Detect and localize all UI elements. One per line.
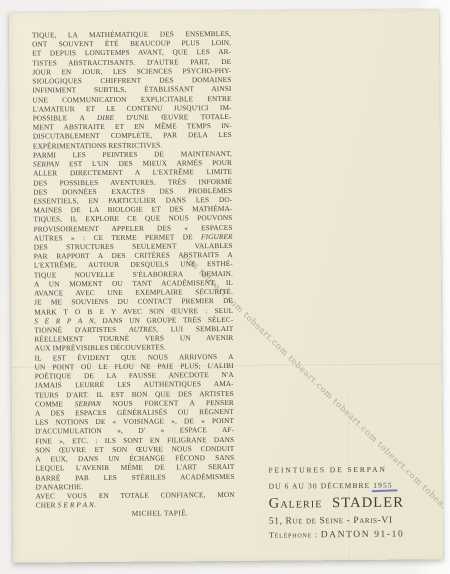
- exhibition-info-block: PEINTURES DE SERPAN DU 6 AU 30 DÉCEMBRE …: [268, 465, 404, 541]
- text-line: DISCUTABLEMENT COMPLÈTE, PAR DELA LES: [33, 130, 232, 141]
- letter-page: com tobeart.com tobeart.com tobeart.com …: [9, 9, 443, 562]
- letter-body-text: TIQUE, LA MATHÉMATIQUE DES ENSEMBLES,ONT…: [32, 29, 235, 519]
- exhibition-title: PEINTURES DE SERPAN: [268, 465, 403, 475]
- exhibition-dates: DU 6 AU 30 DÉCEMBRE 1955: [269, 480, 404, 490]
- phone-number: DANTON 91-10: [321, 530, 405, 541]
- phone-label: Téléphone :: [269, 530, 321, 539]
- dates-prefix: DU 6 AU 30 DÉCEMBRE: [269, 480, 374, 490]
- year-underlined: 1955: [373, 480, 392, 489]
- signature: MICHEL TAPIÉ.: [132, 508, 235, 518]
- gallery-name: Galerie STADLER: [269, 494, 405, 512]
- gallery-address: 51, Rue de Seine - Paris-VI: [269, 515, 404, 526]
- text-line: AVEC VOUS EN TOTALE CONFIANCE, MON: [36, 490, 235, 501]
- text-line: BARRÉ PAR LES STÉRILES ACADÉMISMES: [35, 471, 234, 482]
- scan-background: com tobeart.com tobeart.com tobeart.com …: [0, 0, 450, 574]
- gallery-phone: Téléphone : DANTON 91-10: [269, 530, 404, 541]
